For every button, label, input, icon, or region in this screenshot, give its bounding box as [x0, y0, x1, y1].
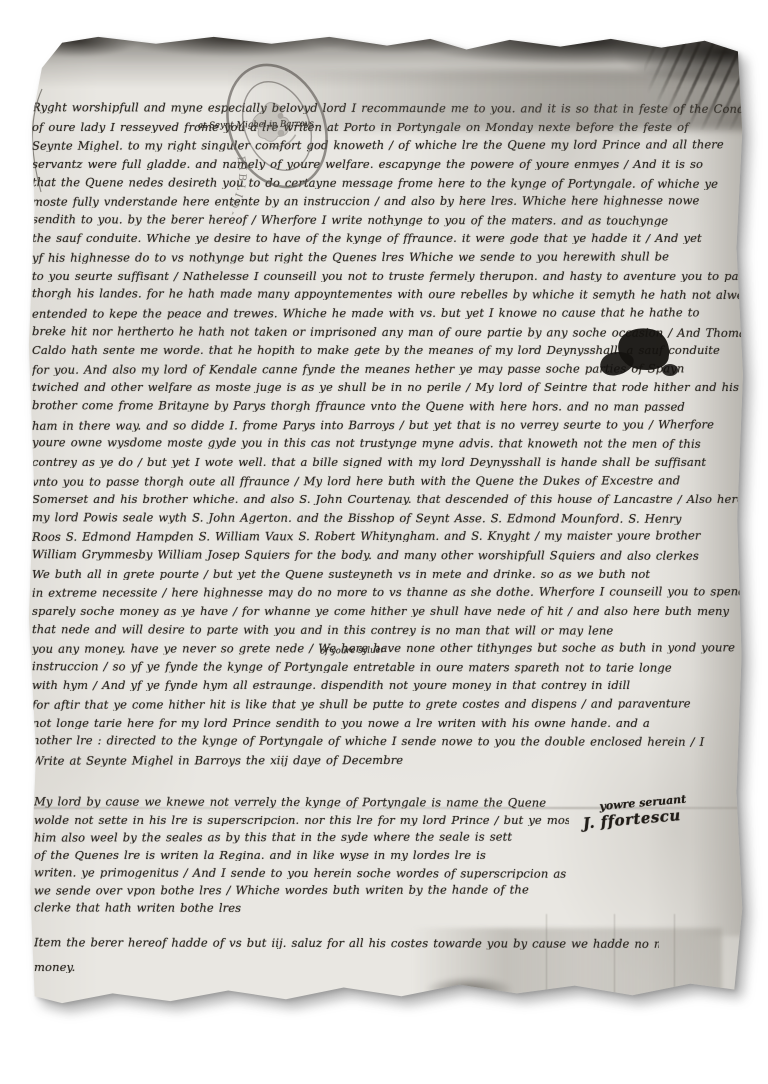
- paper-sheet: Ryght worshipfull and myne especially be…: [26, 34, 748, 1006]
- manuscript-line: Seynte Mighel. to my right singuler comf…: [32, 139, 742, 152]
- manuscript-line: clerke that hath writen bothe lres: [34, 901, 569, 914]
- stamp-crest: [248, 98, 298, 153]
- manuscript-line: money.: [34, 961, 659, 973]
- manuscript-line: yf his highnesse do to vs nothynge but r…: [32, 250, 742, 263]
- manuscript-line: writen. ye primogenitus / And I sende to…: [34, 866, 569, 879]
- letter-postscript: My lord by cause we knewe not verrely th…: [34, 796, 569, 914]
- manuscript-line: in extreme necessite / here highnesse ma…: [32, 586, 742, 599]
- manuscript-line: the sauf conduite. Whiche ye desire to h…: [32, 232, 742, 244]
- manuscript-line: of oure lady I resseyved frome you a lre…: [32, 121, 742, 133]
- manuscript-line: to you seurte suffisant / Nathelesse I c…: [32, 270, 742, 282]
- manuscript-line: Write at Seynte Mighel in Barroys the xi…: [32, 753, 742, 766]
- manuscript-line: sendith to you. by the berer hereof / Wh…: [32, 213, 742, 227]
- manuscript-line: breke hit nor hertherto he hath not take…: [32, 325, 742, 339]
- manuscript-line: thorgh his landes. for he hath made many…: [32, 287, 742, 301]
- manuscript-line: brother come frome Britayne by Parys tho…: [32, 399, 742, 413]
- smudge-bottom: [424, 976, 514, 1004]
- manuscript-line: instruccion / so yf ye fynde the kynge o…: [32, 660, 742, 674]
- manuscript-line: youre owne wysdome moste gyde you in thi…: [32, 436, 742, 450]
- manuscript-line: Item the berer hereof hadde of vs but ii…: [34, 936, 659, 950]
- burnt-top-edge: [26, 34, 748, 88]
- manuscript-line: Somerset and his brother whiche. and als…: [32, 493, 742, 505]
- fold-crease-vertical: [674, 914, 675, 1006]
- manuscript-paper: Ryght worshipfull and myne especially be…: [26, 34, 748, 1006]
- manuscript-line: Caldo hath sente me worde. that he hopit…: [32, 344, 742, 356]
- manuscript-line: you any money. have ye never so grete ne…: [32, 641, 742, 654]
- letter-note: Item the berer hereof hadde of vs but ii…: [34, 937, 659, 973]
- interlinear-insertion: of youre syluer: [320, 645, 385, 656]
- manuscript-line: servantz were full gladde. and namely of…: [32, 158, 742, 170]
- manuscript-line: that the Quene nedes desireth you to do …: [32, 176, 742, 190]
- manuscript-line: for aftir that ye come hither hit is lik…: [32, 697, 742, 710]
- manuscript-line: with hym / And yf ye fynde hym all estra…: [32, 679, 742, 691]
- manuscript-line: of the Quenes lre is writen la Regina. a…: [34, 849, 569, 861]
- manuscript-line: vnto you to passe thorgh oute all ffraun…: [32, 474, 742, 487]
- manuscript-line: Roos S. Edmond Hampden S. William Vaux S…: [32, 530, 742, 543]
- manuscript-line: wolde not sette in his lre is superscrip…: [34, 814, 569, 826]
- manuscript-line: ham in there way. and so didde I. frome …: [32, 418, 742, 431]
- manuscript-line: for you. And also my lord of Kendale can…: [32, 362, 742, 375]
- manuscript-line: We buth all in grete pourte / but yet th…: [32, 568, 742, 580]
- letter-body: Ryght worshipfull and myne especially be…: [32, 102, 742, 766]
- manuscript-line: Ryght worshipfull and myne especially be…: [32, 101, 742, 115]
- manuscript-line: contrey as ye do / but yet I wote well. …: [32, 456, 742, 468]
- manuscript-line: him also weel by the seales as by this t…: [34, 831, 569, 844]
- signature-block: yowre seruant J. ffortescu: [581, 786, 748, 832]
- manuscript-line: My lord by cause we knewe not verrely th…: [34, 795, 569, 808]
- manuscript-line: that nede and will desire to parte with …: [32, 623, 742, 637]
- manuscript-line: sparely soche money as ye have / for wha…: [32, 605, 742, 617]
- scanned-manuscript-page: { "colors":{"background":"#ffffff","pape…: [0, 0, 768, 1084]
- manuscript-line: we sende over vpon bothe lres / Whiche w…: [34, 884, 569, 897]
- manuscript-line: William Grymmesby William Josep Squiers …: [32, 548, 742, 562]
- manuscript-line: nother lre : directed to the kynge of Po…: [32, 734, 742, 748]
- signature-flourish: [699, 789, 748, 854]
- manuscript-line: not longe tarie here for my lord Prince …: [32, 717, 742, 729]
- manuscript-line: moste fully vnderstande here entente by …: [32, 194, 742, 207]
- manuscript-line: entended to kepe the peace and trewes. W…: [32, 306, 742, 319]
- manuscript-line: my lord Powis seale wyth S. John Agerton…: [32, 511, 742, 525]
- manuscript-line: twiched and other welfare as moste juge …: [32, 381, 742, 393]
